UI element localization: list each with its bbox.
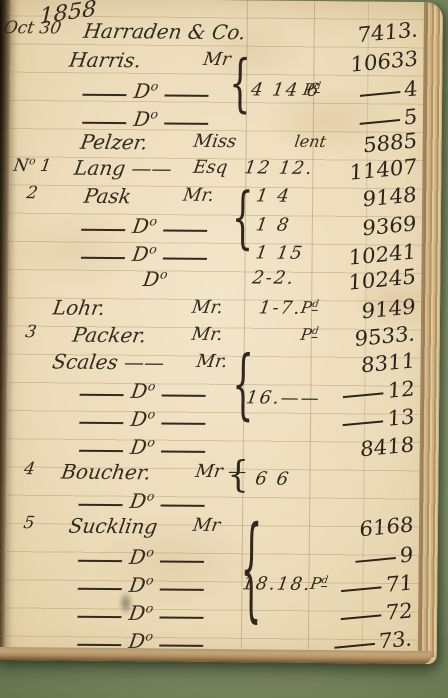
ditto-dash bbox=[159, 617, 203, 619]
ditto-dash bbox=[79, 394, 123, 396]
amount: 2-2. bbox=[251, 267, 297, 288]
account-name: Harris. bbox=[68, 48, 143, 73]
account-name: Scales —— bbox=[51, 349, 166, 374]
ditto-dash bbox=[82, 94, 126, 96]
folio-number: 10633 bbox=[330, 47, 418, 79]
superscript: o bbox=[145, 572, 155, 587]
ditto-mark: Do bbox=[77, 488, 206, 514]
folio-number: 11407 bbox=[329, 155, 417, 187]
honorific: Esq bbox=[192, 157, 229, 178]
ditto-label: Do bbox=[127, 628, 154, 653]
honorific: Miss bbox=[192, 131, 238, 152]
ditto-dash bbox=[78, 504, 122, 506]
ditto-mark: Do bbox=[78, 378, 207, 404]
superscript: o bbox=[145, 544, 155, 559]
ditto-mark: Do bbox=[142, 266, 169, 291]
ditto-mark: Do bbox=[81, 106, 210, 132]
ink-brace: { bbox=[229, 52, 251, 115]
ditto-label: Do bbox=[129, 406, 156, 431]
ditto-mark: Do bbox=[76, 628, 205, 654]
paid-marker: lent bbox=[293, 132, 327, 151]
folio-number: 8311 bbox=[328, 348, 416, 380]
ledger-row: No 1Lang ——Esq12 12.11407 bbox=[0, 155, 442, 185]
ditto-dash bbox=[162, 258, 206, 260]
folio-dash bbox=[341, 586, 381, 592]
folio-number: 9148 bbox=[329, 183, 417, 215]
ditto-dash bbox=[160, 451, 204, 453]
ink-brace: { bbox=[227, 456, 249, 493]
ditto-dash bbox=[159, 561, 203, 563]
ditto-mark: Do bbox=[81, 78, 210, 104]
ditto-dash bbox=[82, 122, 126, 124]
ledger-book: 1858 Oct 30Harraden & Co.7413.Harris.Mr1… bbox=[0, 0, 443, 664]
ditto-mark: Do bbox=[78, 434, 207, 460]
ditto-dash bbox=[77, 644, 121, 646]
ditto-label: Do bbox=[128, 572, 155, 597]
honorific: Mr bbox=[191, 515, 221, 536]
superscript: o bbox=[145, 600, 155, 615]
ditto-label: Do bbox=[128, 488, 155, 513]
ledger-row: Do18.18.Pd71 bbox=[0, 571, 438, 601]
honorific: Mr. bbox=[190, 324, 224, 345]
superscript: d bbox=[314, 81, 322, 93]
ledger-row: Do16.——12 bbox=[0, 377, 439, 407]
folio-number: 9 bbox=[326, 542, 414, 574]
amount: 1 8 bbox=[254, 214, 292, 235]
ink-brace: { bbox=[240, 512, 262, 625]
amount: 16.—— bbox=[245, 387, 323, 409]
ditto-dash bbox=[164, 95, 208, 97]
ditto-mark: Do bbox=[80, 213, 209, 239]
folio-number: 7413. bbox=[331, 18, 419, 50]
ledger-row: Do4 14 6Pd4 bbox=[0, 77, 442, 107]
paid-marker: Pd bbox=[300, 298, 320, 317]
ledger-row: 3Packer.Mr.Pd9533. bbox=[0, 322, 440, 352]
ditto-label: Do bbox=[131, 241, 158, 266]
honorific: Mr. bbox=[191, 297, 225, 318]
entry-number: 2 bbox=[5, 183, 60, 203]
folio-number: 12 bbox=[327, 376, 415, 408]
superscript: o bbox=[159, 266, 169, 281]
account-name: Lang —— bbox=[73, 156, 174, 181]
ditto-dash bbox=[159, 645, 203, 647]
ledger-row: Do72 bbox=[0, 599, 437, 629]
folio-number: 10245 bbox=[328, 265, 416, 297]
folio-number: 9369 bbox=[329, 212, 417, 244]
ditto-dash bbox=[79, 422, 123, 424]
folio-number: 6168 bbox=[326, 512, 414, 544]
folio-dash bbox=[355, 557, 395, 563]
ditto-label: Do bbox=[129, 378, 156, 403]
ditto-dash bbox=[78, 588, 122, 590]
ditto-label: Do bbox=[132, 106, 159, 131]
honorific: Mr bbox=[202, 49, 232, 70]
superscript: o bbox=[147, 406, 157, 421]
superscript: o bbox=[146, 488, 156, 503]
ditto-dash bbox=[81, 257, 125, 259]
ledger-row: Do2-2.10245 bbox=[0, 265, 440, 295]
ditto-dash bbox=[161, 395, 205, 397]
ditto-dash bbox=[163, 230, 207, 232]
amount: 6 6 bbox=[254, 468, 292, 489]
superscript: o bbox=[149, 213, 159, 228]
ledger-row: 4Boucher.Mr —6 6 bbox=[0, 459, 439, 489]
ink-brace: { bbox=[232, 346, 254, 423]
honorific: Mr. bbox=[195, 351, 229, 372]
ledger-row: 5SucklingMr6168 bbox=[0, 513, 438, 543]
superscript: o bbox=[145, 628, 155, 643]
ditto-label: Do bbox=[142, 266, 169, 291]
account-name: Pask bbox=[82, 184, 132, 208]
superscript: o bbox=[148, 241, 158, 256]
ditto-label: Do bbox=[129, 434, 156, 459]
account-name: Suckling bbox=[67, 514, 159, 539]
ledger-row: Do9 bbox=[0, 543, 438, 573]
ledger-row: 2PaskMr.1 49148 bbox=[0, 183, 441, 213]
superscript: o bbox=[150, 106, 160, 121]
ditto-dash bbox=[81, 229, 125, 231]
scan-background: 1858 Oct 30Harraden & Co.7413.Harris.Mr1… bbox=[0, 0, 448, 698]
superscript: o bbox=[28, 155, 36, 167]
ditto-mark: Do bbox=[76, 600, 205, 626]
ditto-dash bbox=[78, 560, 122, 562]
ditto-dash bbox=[164, 123, 208, 125]
ledger-row: Do13 bbox=[0, 405, 439, 435]
paid-marker: Pd bbox=[299, 325, 319, 344]
account-name: Pelzer. bbox=[79, 130, 149, 155]
folio-number: 13 bbox=[327, 404, 415, 436]
superscript: d bbox=[311, 299, 319, 311]
account-name: Packer. bbox=[71, 323, 148, 348]
account-name: Boucher. bbox=[60, 460, 153, 485]
entry-number: 5 bbox=[2, 513, 57, 533]
folio-dash bbox=[359, 119, 399, 125]
superscript: o bbox=[146, 434, 156, 449]
honorific: Mr. bbox=[182, 185, 216, 206]
paid-marker: Pd bbox=[302, 80, 322, 99]
amount: 12 12. bbox=[243, 157, 315, 179]
folio-dash bbox=[343, 392, 383, 398]
ditto-dash bbox=[161, 423, 205, 425]
superscript: o bbox=[147, 378, 157, 393]
ledger-row: Scales ——Mr.8311 bbox=[0, 349, 440, 379]
ledger-row: Harris.Mr10633 bbox=[0, 47, 443, 77]
entry-number: 3 bbox=[3, 322, 58, 342]
ditto-dash bbox=[77, 616, 121, 618]
ditto-dash bbox=[160, 505, 204, 507]
folio-dash bbox=[341, 614, 381, 620]
ledger-row: Oct 30Harraden & Co.7413. bbox=[0, 18, 443, 48]
amount: 1-7. bbox=[258, 297, 304, 318]
amount: 1 15 bbox=[254, 242, 305, 263]
entry-number: 4 bbox=[2, 459, 57, 479]
folio-number: 72 bbox=[325, 598, 413, 630]
ledger-row: Do1 89369 bbox=[0, 212, 441, 242]
ditto-dash bbox=[79, 450, 123, 452]
ink-brace: { bbox=[232, 184, 254, 251]
account-name: Harraden & Co. bbox=[82, 19, 247, 45]
entry-number: No 1 bbox=[5, 155, 60, 176]
folio-number: 71 bbox=[325, 570, 413, 602]
ditto-label: Do bbox=[131, 213, 158, 238]
superscript: o bbox=[150, 78, 160, 93]
entry-date: Oct 30 bbox=[2, 18, 62, 39]
folio-dash bbox=[360, 91, 400, 97]
superscript: d bbox=[311, 326, 319, 338]
ditto-mark: Do bbox=[77, 572, 206, 598]
folio-dash bbox=[334, 643, 374, 649]
ditto-mark: Do bbox=[77, 544, 206, 570]
ditto-label: Do bbox=[128, 544, 155, 569]
ditto-mark: Do bbox=[78, 406, 207, 432]
folio-number: 73. bbox=[325, 626, 413, 658]
folio-number: 8418 bbox=[327, 432, 415, 464]
ledger-row: Lohr.Mr.1-7.Pd9149 bbox=[0, 295, 440, 325]
amount: 1 4 bbox=[255, 185, 293, 206]
ledger-content: 1858 Oct 30Harraden & Co.7413.Harris.Mr1… bbox=[0, 0, 443, 664]
folio-dash bbox=[343, 420, 383, 426]
ledger-row: Do73. bbox=[0, 627, 437, 657]
ditto-mark: Do bbox=[80, 241, 209, 267]
account-name: Lohr. bbox=[51, 295, 107, 319]
ditto-dash bbox=[159, 589, 203, 591]
folio-number: 4 bbox=[330, 77, 418, 109]
ditto-label: Do bbox=[132, 78, 159, 103]
